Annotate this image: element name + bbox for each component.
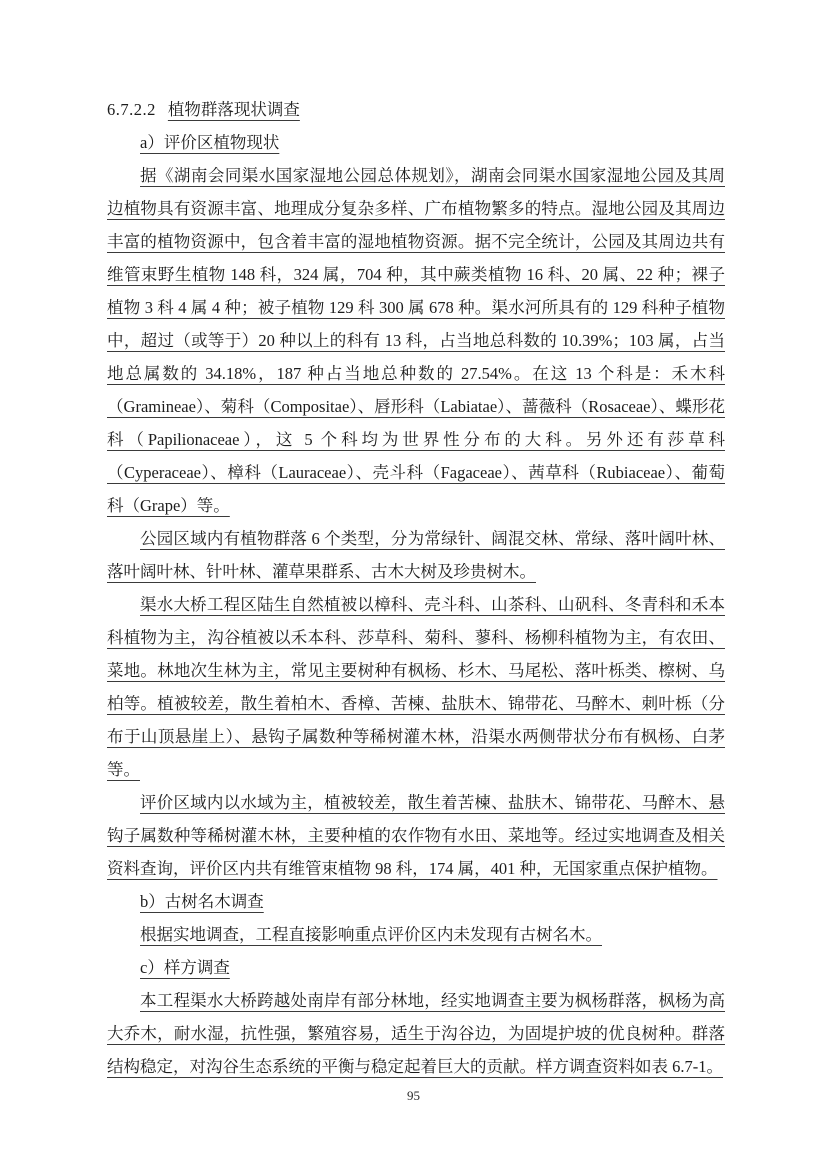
paragraph-community-types: 公园区域内有植物群落 6 个类型，分为常绿针、阔混交林、常绿、落叶阔叶林、落叶阔…	[107, 522, 725, 588]
subheading-b-label: b）古树名木调查	[140, 892, 264, 911]
subheading-b: b）古树名木调查	[107, 885, 725, 918]
section-heading: 6.7.2.2植物群落现状调查	[107, 93, 725, 126]
paragraph-ancient-trees: 根据实地调查，工程直接影响重点评价区内未发现有古树名木。	[107, 918, 725, 951]
subheading-c-label: c）样方调查	[140, 958, 230, 977]
subheading-a: a）评价区植物现状	[107, 126, 725, 159]
paragraph-bridge-area-vegetation: 渠水大桥工程区陆生自然植被以樟科、壳斗科、山茶科、山矾科、冬青科和禾本科植物为主…	[107, 588, 725, 786]
subheading-c: c）样方调查	[107, 951, 725, 984]
paragraph-plant-overview: 据《湖南会同渠水国家湿地公园总体规划》，湖南会同渠水国家湿地公园及其周边植物具有…	[107, 159, 725, 522]
page-number: 95	[0, 1088, 827, 1104]
subheading-a-label: a）评价区植物现状	[140, 133, 279, 152]
section-heading-title: 植物群落现状调查	[168, 100, 300, 119]
section-heading-number: 6.7.2.2	[107, 100, 156, 119]
paragraph-sample-survey: 本工程渠水大桥跨越处南岸有部分林地，经实地调查主要为枫杨群落，枫杨为高大乔木，耐…	[107, 984, 725, 1083]
page-content: 6.7.2.2植物群落现状调查 a）评价区植物现状 据《湖南会同渠水国家湿地公园…	[107, 93, 725, 1083]
paragraph-evaluation-area-vegetation: 评价区域内以水域为主，植被较差，散生着苦楝、盐肤木、锦带花、马醉木、悬钩子属数种…	[107, 786, 725, 885]
document-page: 6.7.2.2植物群落现状调查 a）评价区植物现状 据《湖南会同渠水国家湿地公园…	[0, 0, 827, 1169]
